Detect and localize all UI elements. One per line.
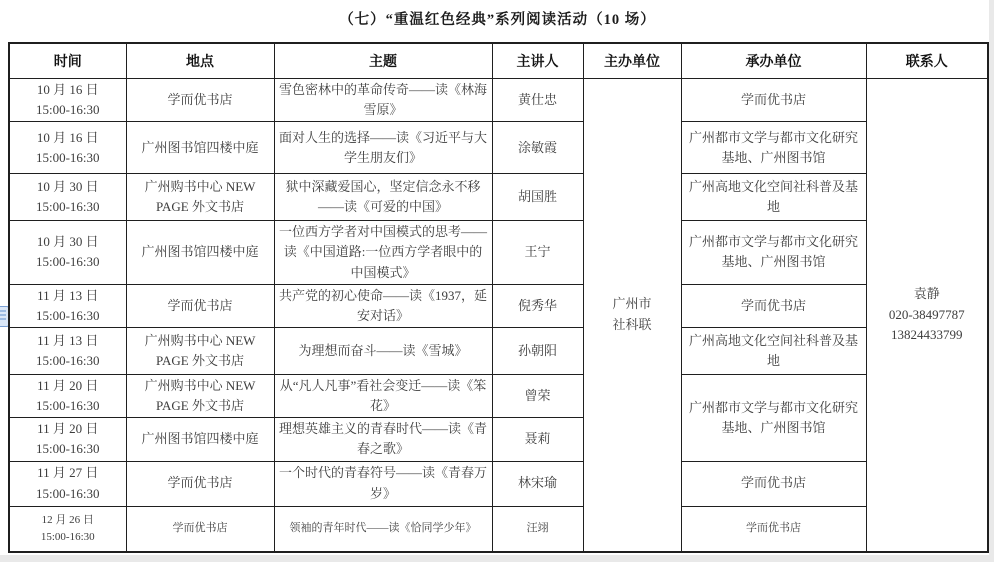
page-title: （七）“重温红色经典”系列阅读活动（10 场） bbox=[8, 8, 987, 29]
co-organizer-cell: 广州都市文学与都市文化研究基地、广州图书馆 bbox=[681, 221, 866, 284]
page-edge-right bbox=[989, 0, 994, 562]
theme-cell: 为理想而奋斗——读《雪城》 bbox=[274, 327, 492, 374]
table-row: 10 月 30 日15:00-16:30 广州图书馆四楼中庭 一位西方学者对中国… bbox=[9, 221, 988, 284]
table-row: 10 月 16 日15:00-16:30 广州图书馆四楼中庭 面对人生的选择——… bbox=[9, 122, 988, 174]
location-cell: 学而优书店 bbox=[126, 79, 274, 122]
header-row: 时间 地点 主题 主讲人 主办单位 承办单位 联系人 bbox=[9, 43, 988, 79]
theme-cell: 理想英雄主义的青春时代——读《青春之歌》 bbox=[274, 418, 492, 461]
time-cell: 10 月 30 日15:00-16:30 bbox=[9, 221, 126, 284]
speaker-cell: 胡国胜 bbox=[492, 174, 583, 221]
location-cell: 学而优书店 bbox=[126, 506, 274, 552]
speaker-cell: 黄仕忠 bbox=[492, 79, 583, 122]
time-cell: 10 月 16 日15:00-16:30 bbox=[9, 79, 126, 122]
theme-cell: 领袖的青年时代——读《恰同学少年》 bbox=[274, 506, 492, 552]
organizer-cell: 广州市社科联 bbox=[583, 79, 681, 553]
co-organizer-cell: 广州都市文学与都市文化研究基地、广州图书馆 bbox=[681, 122, 866, 174]
theme-cell: 共产党的初心使命——读《1937，延安对话》 bbox=[274, 284, 492, 327]
reading-activities-table: 时间 地点 主题 主讲人 主办单位 承办单位 联系人 10 月 16 日15:0… bbox=[8, 42, 989, 553]
col-header-organizer: 主办单位 bbox=[583, 43, 681, 79]
time-cell: 11 月 20 日15:00-16:30 bbox=[9, 374, 126, 417]
speaker-cell: 曾荣 bbox=[492, 374, 583, 417]
speaker-cell: 涂敏霞 bbox=[492, 122, 583, 174]
theme-cell: 从“凡人凡事”看社会变迁——读《笨花》 bbox=[274, 374, 492, 417]
contact-phone-1: 020-38497787 bbox=[871, 305, 984, 326]
time-cell: 10 月 16 日15:00-16:30 bbox=[9, 122, 126, 174]
table-row: 11 月 27 日15:00-16:30 学而优书店 一个时代的青春符号——读《… bbox=[9, 461, 988, 506]
contact-phone-2: 13824433799 bbox=[871, 325, 984, 346]
location-cell: 广州购书中心 NEW PAGE 外文书店 bbox=[126, 327, 274, 374]
time-cell: 11 月 13 日15:00-16:30 bbox=[9, 327, 126, 374]
time-cell: 11 月 27 日15:00-16:30 bbox=[9, 461, 126, 506]
co-organizer-cell: 广州高地文化空间社科普及基地 bbox=[681, 327, 866, 374]
col-header-co-organizer: 承办单位 bbox=[681, 43, 866, 79]
theme-cell: 雪色密林中的革命传奇——读《林海雪原》 bbox=[274, 79, 492, 122]
col-header-contact: 联系人 bbox=[866, 43, 988, 79]
co-organizer-cell: 学而优书店 bbox=[681, 79, 866, 122]
table-row: 10 月 16 日15:00-16:30 学而优书店 雪色密林中的革命传奇——读… bbox=[9, 79, 988, 122]
table-row: 12 月 26 日15:00-16:30 学而优书店 领袖的青年时代——读《恰同… bbox=[9, 506, 988, 552]
table-row: 10 月 30 日15:00-16:30 广州购书中心 NEW PAGE 外文书… bbox=[9, 174, 988, 221]
time-cell: 12 月 26 日15:00-16:30 bbox=[9, 506, 126, 552]
co-organizer-cell: 广州高地文化空间社科普及基地 bbox=[681, 174, 866, 221]
location-cell: 学而优书店 bbox=[126, 284, 274, 327]
col-header-speaker: 主讲人 bbox=[492, 43, 583, 79]
location-cell: 广州图书馆四楼中庭 bbox=[126, 122, 274, 174]
speaker-cell: 倪秀华 bbox=[492, 284, 583, 327]
table-row: 11 月 13 日15:00-16:30 学而优书店 共产党的初心使命——读《1… bbox=[9, 284, 988, 327]
theme-cell: 面对人生的选择——读《习近平与大学生朋友们》 bbox=[274, 122, 492, 174]
col-header-time: 时间 bbox=[9, 43, 126, 79]
theme-cell: 狱中深藏爱国心，坚定信念永不移——读《可爱的中国》 bbox=[274, 174, 492, 221]
theme-cell: 一位西方学者对中国模式的思考——读《中国道路:一位西方学者眼中的中国模式》 bbox=[274, 221, 492, 284]
location-cell: 广州购书中心 NEW PAGE 外文书店 bbox=[126, 174, 274, 221]
co-organizer-cell: 广州都市文学与都市文化研究基地、广州图书馆 bbox=[681, 374, 866, 461]
page-edge-bottom bbox=[0, 555, 994, 562]
table-row: 11 月 20 日15:00-16:30 广州购书中心 NEW PAGE 外文书… bbox=[9, 374, 988, 417]
time-cell: 11 月 20 日15:00-16:30 bbox=[9, 418, 126, 461]
col-header-theme: 主题 bbox=[274, 43, 492, 79]
speaker-cell: 孙朝阳 bbox=[492, 327, 583, 374]
col-header-location: 地点 bbox=[126, 43, 274, 79]
speaker-cell: 聂莉 bbox=[492, 418, 583, 461]
speaker-cell: 林宋瑜 bbox=[492, 461, 583, 506]
location-cell: 学而优书店 bbox=[126, 461, 274, 506]
co-organizer-cell: 学而优书店 bbox=[681, 284, 866, 327]
speaker-cell: 汪翊 bbox=[492, 506, 583, 552]
location-cell: 广州图书馆四楼中庭 bbox=[126, 221, 274, 284]
table-row: 11 月 13 日15:00-16:30 广州购书中心 NEW PAGE 外文书… bbox=[9, 327, 988, 374]
contact-cell: 袁静 020-38497787 13824433799 bbox=[866, 79, 988, 553]
time-cell: 10 月 30 日15:00-16:30 bbox=[9, 174, 126, 221]
co-organizer-cell: 学而优书店 bbox=[681, 506, 866, 552]
co-organizer-cell: 学而优书店 bbox=[681, 461, 866, 506]
theme-cell: 一个时代的青春符号——读《青春万岁》 bbox=[274, 461, 492, 506]
location-cell: 广州图书馆四楼中庭 bbox=[126, 418, 274, 461]
contact-name: 袁静 bbox=[871, 284, 984, 305]
speaker-cell: 王宁 bbox=[492, 221, 583, 284]
time-cell: 11 月 13 日15:00-16:30 bbox=[9, 284, 126, 327]
location-cell: 广州购书中心 NEW PAGE 外文书店 bbox=[126, 374, 274, 417]
